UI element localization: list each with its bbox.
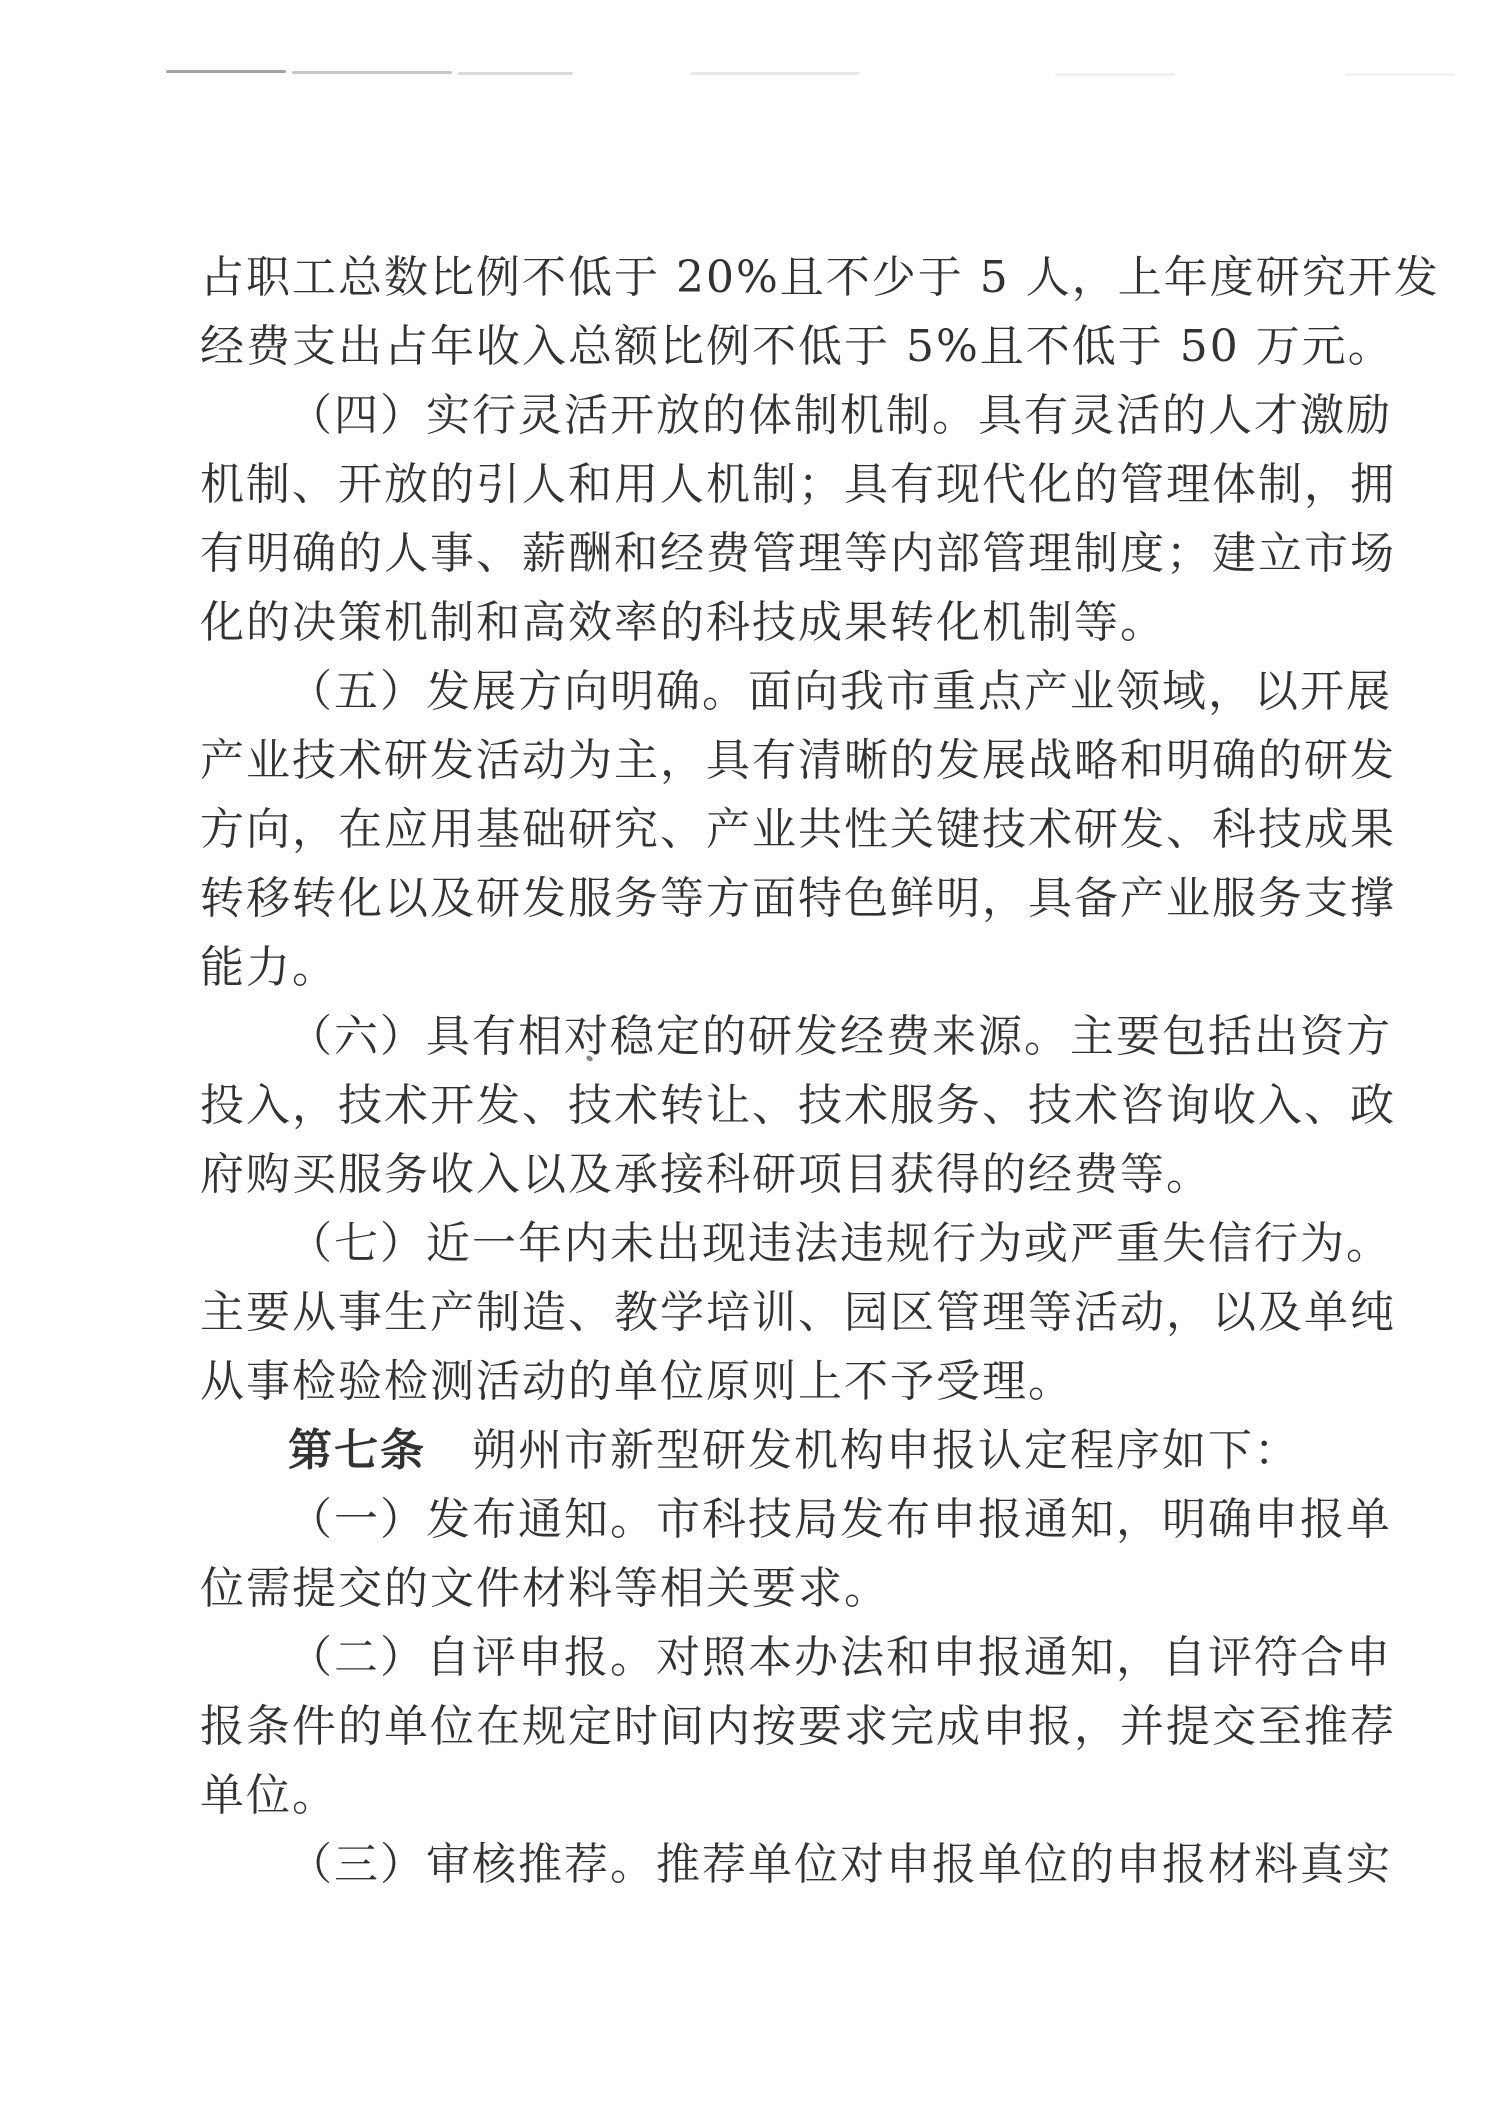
text-segment: 位需提交的文件材料等相关要求。 (200, 1563, 890, 1614)
text-line: 产业技术研发活动为主，具有清晰的发展战略和明确的研发 (200, 726, 1308, 795)
text-line: （六）具有相对稳定的研发经费来源。主要包括出资方 (200, 1002, 1308, 1071)
text-segment: 能力。 (200, 942, 338, 993)
scan-artifact-line (1055, 73, 1175, 76)
text-segment: 方向，在应用基础研究、产业共性关键技术研发、科技成果 (200, 804, 1396, 855)
scan-artifact-line (292, 71, 452, 74)
scan-artifact-line (458, 72, 573, 75)
text-segment: 从事检验检测活动的单位原则上不予受理。 (200, 1356, 1074, 1407)
text-segment: 经费支出占年收入总额比例不低于 5%且不低于 50 万元。 (200, 321, 1394, 372)
text-segment: 报条件的单位在规定时间内按要求完成申报，并提交至推荐 (200, 1701, 1396, 1752)
text-segment: （五）发展方向明确。面向我市重点产业领域，以开展 (288, 666, 1392, 717)
text-segment: 占职工总数比例不低于 20%且不少于 5 人，上年度研究开发 (200, 252, 1440, 303)
text-segment: 朔州市新型研发机构申报认定程序如下： (426, 1425, 1300, 1476)
text-line: 府购买服务收入以及承接科研项目获得的经费等。 (200, 1140, 1308, 1209)
text-line: （一）发布通知。市科技局发布申报通知，明确申报单 (200, 1485, 1308, 1554)
text-segment: 投入，技术开发、技术转让、技术服务、技术咨询收入、政 (200, 1080, 1396, 1131)
text-segment: （二）自评申报。对照本办法和申报通知，自评符合申 (288, 1632, 1392, 1683)
text-segment: 府购买服务收入以及承接科研项目获得的经费等。 (200, 1149, 1212, 1200)
scanned-document-page: 占职工总数比例不低于 20%且不少于 5 人，上年度研究开发经费支出占年收入总额… (0, 0, 1487, 2105)
text-segment: 转移转化以及研发服务等方面特色鲜明，具备产业服务支撑 (200, 873, 1396, 924)
text-line: 单位。 (200, 1761, 1308, 1830)
scan-artifact-line (690, 72, 860, 75)
text-line: （四）实行灵活开放的体制机制。具有灵活的人才激励 (200, 381, 1308, 450)
text-line: 从事检验检测活动的单位原则上不予受理。 (200, 1347, 1308, 1416)
text-segment: （四）实行灵活开放的体制机制。具有灵活的人才激励 (288, 390, 1392, 441)
text-line: （五）发展方向明确。面向我市重点产业领域，以开展 (200, 657, 1308, 726)
text-line: （三）审核推荐。推荐单位对申报单位的申报材料真实 (200, 1830, 1308, 1899)
text-segment: 化的决策机制和高效率的科技成果转化机制等。 (200, 597, 1166, 648)
article-number: 第七条 (288, 1425, 426, 1476)
text-line: 主要从事生产制造、教学培训、园区管理等活动，以及单纯 (200, 1278, 1308, 1347)
text-line: 报条件的单位在规定时间内按要求完成申报，并提交至推荐 (200, 1692, 1308, 1761)
text-line: 转移转化以及研发服务等方面特色鲜明，具备产业服务支撑 (200, 864, 1308, 933)
text-segment: （七）近一年内未出现违法违规行为或严重失信行为。 (288, 1218, 1392, 1269)
text-line: （二）自评申报。对照本办法和申报通知，自评符合申 (200, 1623, 1308, 1692)
text-line: 位需提交的文件材料等相关要求。 (200, 1554, 1308, 1623)
text-line: 投入，技术开发、技术转让、技术服务、技术咨询收入、政 (200, 1071, 1308, 1140)
text-segment: 单位。 (200, 1770, 338, 1821)
text-segment: 主要从事生产制造、教学培训、园区管理等活动，以及单纯 (200, 1287, 1396, 1338)
text-segment: （一）发布通知。市科技局发布申报通知，明确申报单 (288, 1494, 1392, 1545)
text-line: 有明确的人事、薪酬和经费管理等内部管理制度；建立市场 (200, 519, 1308, 588)
text-segment: 机制、开放的引人和用人机制；具有现代化的管理体制，拥 (200, 459, 1396, 510)
text-line: （七）近一年内未出现违法违规行为或严重失信行为。 (200, 1209, 1308, 1278)
document-body: 占职工总数比例不低于 20%且不少于 5 人，上年度研究开发经费支出占年收入总额… (200, 243, 1308, 1899)
text-segment: 产业技术研发活动为主，具有清晰的发展战略和明确的研发 (200, 735, 1396, 786)
text-line: 占职工总数比例不低于 20%且不少于 5 人，上年度研究开发 (200, 243, 1308, 312)
text-line: 机制、开放的引人和用人机制；具有现代化的管理体制，拥 (200, 450, 1308, 519)
scan-artifact-line (166, 70, 286, 73)
text-segment: （六）具有相对稳定的研发经费来源。主要包括出资方 (288, 1011, 1392, 1062)
text-segment: 有明确的人事、薪酬和经费管理等内部管理制度；建立市场 (200, 528, 1396, 579)
text-segment: （三）审核推荐。推荐单位对申报单位的申报材料真实 (288, 1839, 1392, 1890)
text-line: 能力。 (200, 933, 1308, 1002)
text-line: 方向，在应用基础研究、产业共性关键技术研发、科技成果 (200, 795, 1308, 864)
scan-artifact-line (1345, 73, 1455, 76)
text-line: 化的决策机制和高效率的科技成果转化机制等。 (200, 588, 1308, 657)
text-line: 第七条 朔州市新型研发机构申报认定程序如下： (200, 1416, 1308, 1485)
text-line: 经费支出占年收入总额比例不低于 5%且不低于 50 万元。 (200, 312, 1308, 381)
